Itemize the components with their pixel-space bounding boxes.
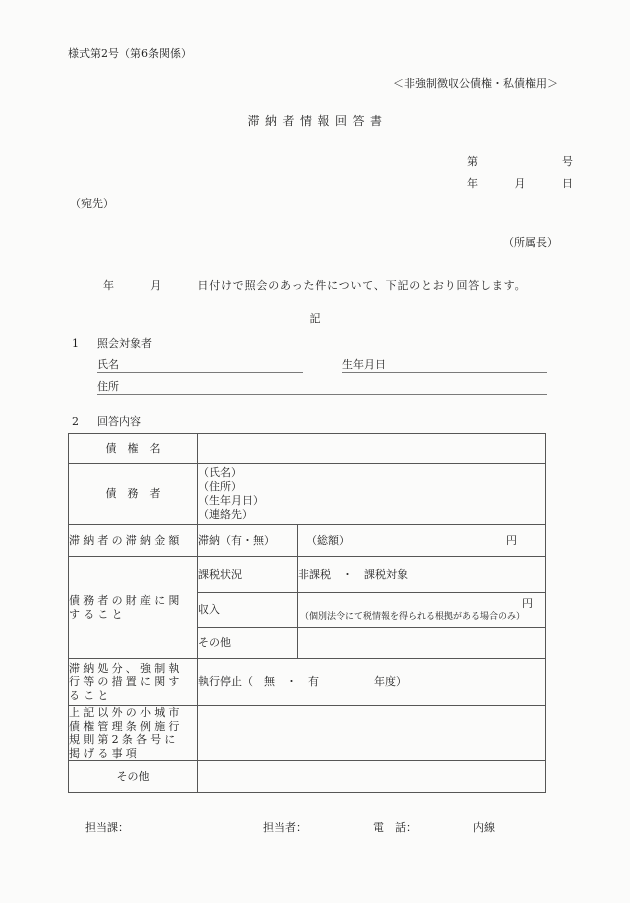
income-label: 収入 [198, 593, 298, 628]
arrears-status-cell: 滞納（有・無） [198, 525, 298, 557]
address-field-label: 住所 [97, 380, 119, 394]
section2-heading: 2 回答内容 [72, 415, 141, 429]
arrears-total-label: （総額） [306, 534, 350, 548]
measures-value-cell: 執行停止（ 無 ・ 有 年度） [198, 659, 546, 706]
ordinance-value-cell [198, 706, 546, 761]
tax-status-value: 非課税 ・ 課税対象 [298, 557, 546, 593]
addressee: （宛先） [70, 197, 114, 211]
document-page: 様式第2号（第6条関係） ＜非強制徴収公債権・私債権用＞ 滞納者情報回答書 第 … [0, 0, 630, 903]
date-line: 年 月 日 [467, 177, 573, 191]
body-sentence: 年 月 日付けで照会のあった件について、下記のとおり回答します。 [103, 279, 526, 293]
ref-no-prefix: 第 [467, 155, 478, 169]
footer-section-label: 担当課： [85, 821, 129, 835]
assets-other-label: その他 [198, 628, 298, 659]
date-month-label: 月 [515, 177, 526, 191]
reference-number-line: 第 号 [467, 155, 573, 169]
tax-status-label: 課税状況 [198, 557, 298, 593]
measures-label: 滞納処分、強制執 行等の措置に関す ること [69, 659, 198, 706]
date-day-label: 日 [562, 177, 573, 191]
table-row-claim-name: 債 権 名 [69, 434, 546, 464]
form-number: 様式第2号（第6条関係） [68, 47, 192, 61]
birthdate-field-line: 生年月日 [342, 355, 547, 373]
ref-no-suffix: 号 [562, 155, 573, 169]
table-row-arrears: 滞納者の滞納金額 滞納（有・無） （総額） 円 [69, 525, 546, 557]
table-row-measures: 滞納処分、強制執 行等の措置に関す ること 執行停止（ 無 ・ 有 年度） [69, 659, 546, 706]
table-row-debtor: 債 務 者 （氏名） （住所） （生年月日） （連絡先） [69, 464, 546, 525]
debtor-label: 債 務 者 [69, 464, 198, 525]
debtor-detail-cell: （氏名） （住所） （生年月日） （連絡先） [198, 464, 546, 525]
arrears-total-cell: （総額） 円 [298, 525, 546, 557]
table-row-ordinance: 上記以外の小城市 債権管理条例施行 規則第2条各号に 掲げる事項 [69, 706, 546, 761]
section1-number: 1 [72, 337, 97, 351]
sender-title: （所属長） [0, 236, 558, 250]
income-value-cell: 円 （個別法令にて税情報を得られる根拠がある場合のみ） [298, 593, 546, 628]
name-field-line: 氏名 [97, 355, 303, 373]
footer-person-label: 担当者： [263, 821, 307, 835]
table-row-tax-status: 債務者の財産に関 すること 課税状況 非課税 ・ 課税対象 [69, 557, 546, 593]
name-field-label: 氏名 [97, 358, 119, 372]
footer-extension-label: 内線 [473, 821, 495, 835]
address-field-line: 住所 [97, 377, 547, 395]
record-marker: 記 [0, 312, 630, 326]
date-year-label: 年 [467, 177, 478, 191]
income-note: （個別法令にて税情報を得られる根拠がある場合のみ） [298, 611, 545, 624]
claim-name-label: 債 権 名 [69, 434, 198, 464]
other-value-cell [198, 761, 546, 793]
arrears-label: 滞納者の滞納金額 [69, 525, 198, 557]
birthdate-field-label: 生年月日 [342, 358, 386, 372]
footer-phone-label: 電 話： [373, 821, 417, 835]
income-unit: 円 [298, 596, 545, 611]
assets-other-value-cell [298, 628, 546, 659]
table-row-other: その他 [69, 761, 546, 793]
arrears-unit: 円 [506, 534, 517, 548]
section1-title: 照会対象者 [97, 337, 152, 351]
assets-label: 債務者の財産に関 すること [69, 557, 198, 659]
usage-tag: ＜非強制徴収公債権・私債権用＞ [0, 77, 558, 91]
section2-number: 2 [72, 415, 97, 429]
section2-title: 回答内容 [97, 415, 141, 429]
document-title: 滞納者情報回答書 [0, 114, 630, 129]
answer-table: 債 権 名 債 務 者 （氏名） （住所） （生年月日） （連絡先） 滞納者の滞… [68, 433, 546, 793]
ordinance-label: 上記以外の小城市 債権管理条例施行 規則第2条各号に 掲げる事項 [69, 706, 198, 761]
section1-heading: 1 照会対象者 [72, 337, 152, 351]
claim-name-value-cell [198, 434, 546, 464]
other-label: その他 [69, 761, 198, 793]
